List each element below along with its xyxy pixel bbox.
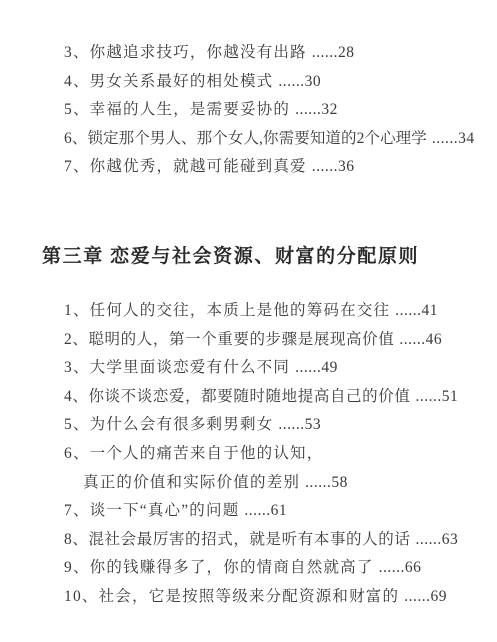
toc-leader-dots: ......: [415, 531, 441, 548]
toc-page-number: 51: [442, 388, 459, 405]
toc-leader-dots: ......: [312, 44, 338, 61]
toc-leader-dots: ......: [395, 302, 421, 319]
toc-leader-dots: ......: [278, 73, 304, 90]
toc-page-number: 53: [305, 416, 322, 433]
toc-entry-label: 7、谈一下“真心”的问题: [64, 502, 239, 519]
toc-page-number: 28: [338, 44, 355, 61]
toc-entry: 5、为什么会有很多剩男剩女......53: [64, 411, 487, 440]
toc-leader-dots: ......: [305, 474, 331, 491]
toc-page-number: 32: [321, 101, 338, 118]
toc-entry: 9、你的钱赚得多了，你的情商自然就高了......66: [64, 554, 487, 583]
toc-entry-label: 4、你谈不谈恋爱，都要随时随地提高自己的价值: [64, 388, 410, 405]
toc-leader-dots: ......: [404, 588, 430, 605]
toc-entry-label: 8、混社会最厉害的招式，就是听有本事的人的话: [64, 531, 410, 548]
toc-entry: 6、锁定那个男人、那个女人,你需要知道的2个心理学......34: [64, 125, 487, 154]
toc-page-number: 63: [442, 531, 459, 548]
book-toc-page: 3、你越追求技巧，你越没有出路......28 4、男女关系最好的相处模式...…: [0, 0, 497, 642]
toc-previous-chapter-items: 3、你越追求技巧，你越没有出路......28 4、男女关系最好的相处模式...…: [64, 39, 487, 182]
toc-entry: 3、大学里面谈恋爱有什么不同......49: [64, 354, 487, 383]
toc-entry-label: 5、为什么会有很多剩男剩女: [64, 416, 273, 433]
toc-page-number: 30: [305, 73, 322, 90]
toc-entry-label: 3、你越追求技巧，你越没有出路: [64, 44, 307, 61]
toc-entry-label: 9、你的钱赚得多了，你的情商自然就高了: [64, 559, 374, 576]
toc-entry-label: 10、社会，它是按照等级来分配资源和财富的: [64, 588, 399, 605]
toc-entry: 1、任何人的交往，本质上是他的筹码在交往......41: [64, 297, 487, 326]
toc-page-number: 36: [338, 158, 355, 175]
toc-entry-label: 7、你越优秀，就越可能碰到真爱: [64, 158, 307, 175]
toc-page-number: 69: [430, 588, 447, 605]
toc-entry-label: 4、男女关系最好的相处模式: [64, 73, 273, 90]
toc-entry-label: 真正的价值和实际价值的差别: [83, 474, 300, 491]
toc-entry-label: 2、聪明的人，第一个重要的步骤是展现高价值: [64, 331, 394, 348]
toc-entry-label: 3、大学里面谈恋爱有什么不同: [64, 359, 290, 376]
toc-leader-dots: ......: [432, 130, 458, 147]
toc-entry-label: 6、一个人的痛苦来自于他的认知，: [64, 445, 323, 462]
toc-page-number: 61: [271, 502, 288, 519]
toc-entry-continuation: 真正的价值和实际价值的差别......58: [64, 469, 487, 498]
toc-chapter-items: 1、任何人的交往，本质上是他的筹码在交往......41 2、聪明的人，第一个重…: [64, 297, 487, 612]
toc-entry-label: 5、幸福的人生，是需要妥协的: [64, 101, 290, 118]
toc-entry: 10、社会，它是按照等级来分配资源和财富的......69: [64, 583, 487, 612]
toc-entry: 6、一个人的痛苦来自于他的认知，: [64, 440, 487, 469]
toc-entry: 7、谈一下“真心”的问题......61: [64, 497, 487, 526]
toc-entry: 4、你谈不谈恋爱，都要随时随地提高自己的价值......51: [64, 383, 487, 412]
toc-entry: 2、聪明的人，第一个重要的步骤是展现高价值......46: [64, 326, 487, 355]
toc-page-number: 66: [405, 559, 422, 576]
toc-page-number: 46: [426, 331, 443, 348]
toc-entry-label: 6、锁定那个男人、那个女人,你需要知道的2个心理学: [64, 130, 427, 147]
toc-leader-dots: ......: [399, 331, 425, 348]
toc-entry: 3、你越追求技巧，你越没有出路......28: [64, 39, 487, 68]
toc-entry: 8、混社会最厉害的招式，就是听有本事的人的话......63: [64, 526, 487, 555]
toc-leader-dots: ......: [278, 416, 304, 433]
toc-leader-dots: ......: [415, 388, 441, 405]
toc-leader-dots: ......: [295, 101, 321, 118]
toc-entry: 5、幸福的人生，是需要妥协的......32: [64, 96, 487, 125]
toc-leader-dots: ......: [312, 158, 338, 175]
toc-leader-dots: ......: [244, 502, 270, 519]
chapter-heading: 第三章 恋爱与社会资源、财富的分配原则: [42, 241, 419, 268]
toc-page-number: 49: [321, 359, 338, 376]
toc-entry: 7、你越优秀，就越可能碰到真爱......36: [64, 153, 487, 182]
toc-entry-label: 1、任何人的交往，本质上是他的筹码在交往: [64, 302, 390, 319]
toc-page-number: 41: [422, 302, 439, 319]
toc-page-number: 34: [458, 130, 475, 147]
toc-leader-dots: ......: [295, 359, 321, 376]
toc-leader-dots: ......: [379, 559, 405, 576]
toc-page-number: 58: [331, 474, 348, 491]
toc-entry: 4、男女关系最好的相处模式......30: [64, 68, 487, 97]
